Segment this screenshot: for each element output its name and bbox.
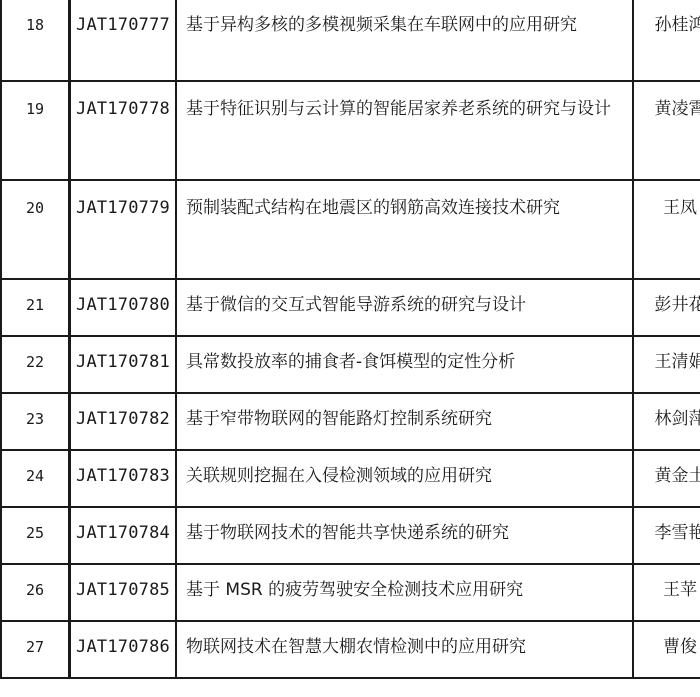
project-title: 基于微信的交互式智能导游系统的研究与设计 — [176, 279, 633, 336]
table-row: 23 JAT170782 基于窄带物联网的智能路灯控制系统研究 林剑萍 — [1, 393, 700, 450]
row-number: 23 — [1, 393, 70, 450]
table-row: 25 JAT170784 基于物联网技术的智能共享快递系统的研究 李雪艳 — [1, 507, 700, 564]
project-leader: 林剑萍 — [633, 393, 700, 450]
project-title: 基于窄带物联网的智能路灯控制系统研究 — [176, 393, 633, 450]
project-leader: 李雪艳 — [633, 507, 700, 564]
row-number: 22 — [1, 336, 70, 393]
project-title: 基于物联网技术的智能共享快递系统的研究 — [176, 507, 633, 564]
project-table: 18 JAT170777 基于异构多核的多模视频采集在车联网中的应用研究 孙桂鸿… — [0, 0, 700, 679]
project-code: JAT170780 — [70, 279, 177, 336]
row-number: 18 — [1, 0, 70, 81]
table-row: 18 JAT170777 基于异构多核的多模视频采集在车联网中的应用研究 孙桂鸿 — [1, 0, 700, 81]
table-row: 22 JAT170781 具常数投放率的捕食者-食饵模型的定性分析 王清娟 — [1, 336, 700, 393]
row-number: 19 — [1, 81, 70, 180]
project-leader: 王苹 — [633, 564, 700, 621]
project-leader: 黄金土 — [633, 450, 700, 507]
project-title: 关联规则挖掘在入侵检测领域的应用研究 — [176, 450, 633, 507]
row-number: 27 — [1, 621, 70, 678]
table-row: 19 JAT170778 基于特征识别与云计算的智能居家养老系统的研究与设计 黄… — [1, 81, 700, 180]
project-code: JAT170783 — [70, 450, 177, 507]
project-code: JAT170786 — [70, 621, 177, 678]
project-code: JAT170782 — [70, 393, 177, 450]
project-leader: 彭井花 — [633, 279, 700, 336]
project-code: JAT170779 — [70, 180, 177, 279]
project-title: 基于 MSR 的疲劳驾驶安全检测技术应用研究 — [176, 564, 633, 621]
row-number: 26 — [1, 564, 70, 621]
project-title: 基于特征识别与云计算的智能居家养老系统的研究与设计 — [176, 81, 633, 180]
table-row: 26 JAT170785 基于 MSR 的疲劳驾驶安全检测技术应用研究 王苹 — [1, 564, 700, 621]
table-row: 20 JAT170779 预制装配式结构在地震区的钢筋高效连接技术研究 王凤 — [1, 180, 700, 279]
project-title: 预制装配式结构在地震区的钢筋高效连接技术研究 — [176, 180, 633, 279]
table-row: 21 JAT170780 基于微信的交互式智能导游系统的研究与设计 彭井花 — [1, 279, 700, 336]
row-number: 24 — [1, 450, 70, 507]
row-number: 21 — [1, 279, 70, 336]
table-row: 24 JAT170783 关联规则挖掘在入侵检测领域的应用研究 黄金土 — [1, 450, 700, 507]
project-leader: 王凤 — [633, 180, 700, 279]
project-code: JAT170777 — [70, 0, 177, 81]
row-number: 25 — [1, 507, 70, 564]
project-leader: 黄凌霄 — [633, 81, 700, 180]
project-code: JAT170785 — [70, 564, 177, 621]
project-code: JAT170781 — [70, 336, 177, 393]
project-code: JAT170784 — [70, 507, 177, 564]
table-row: 27 JAT170786 物联网技术在智慧大棚农情检测中的应用研究 曹俊 — [1, 621, 700, 678]
row-number: 20 — [1, 180, 70, 279]
project-title: 基于异构多核的多模视频采集在车联网中的应用研究 — [176, 0, 633, 81]
project-leader: 王清娟 — [633, 336, 700, 393]
project-code: JAT170778 — [70, 81, 177, 180]
project-title: 具常数投放率的捕食者-食饵模型的定性分析 — [176, 336, 633, 393]
project-leader: 曹俊 — [633, 621, 700, 678]
project-leader: 孙桂鸿 — [633, 0, 700, 81]
project-title: 物联网技术在智慧大棚农情检测中的应用研究 — [176, 621, 633, 678]
